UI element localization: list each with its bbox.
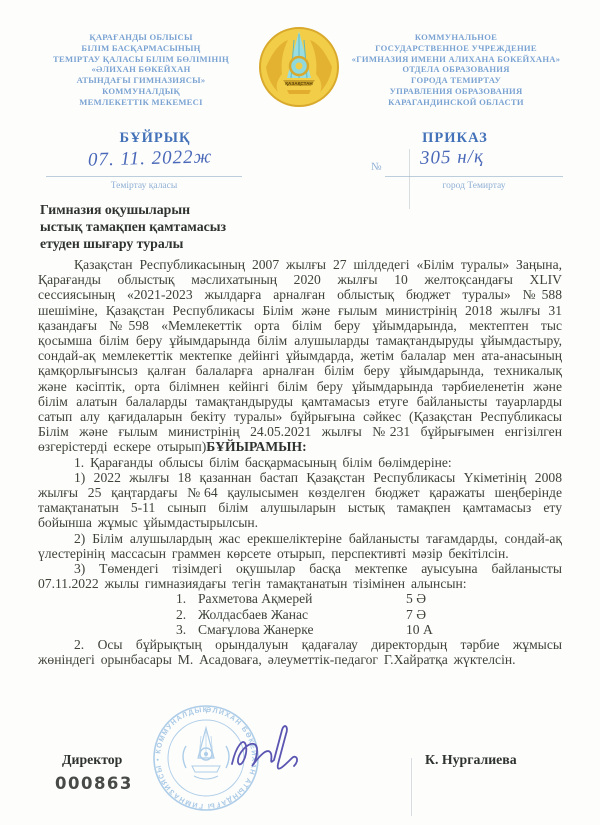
director-label: Директор	[62, 752, 122, 768]
order-title-kazakh: БҰЙРЫҚ	[40, 130, 270, 147]
letterhead-line: «ӘЛИХАН БӨКЕЙХАН	[28, 64, 254, 75]
kazakhstan-emblem-icon: ҚАЗАҚСТАН	[258, 26, 340, 108]
student-row: 1. Рахметова Ақмерей 5 Ә	[176, 591, 448, 606]
student-row: 3. Смағұлова Жанерке 10 А	[176, 622, 448, 637]
letterhead-line: ОТДЕЛА ОБРАЗОВАНИЯ	[336, 64, 576, 75]
subject-line: етуден шығару туралы	[40, 235, 360, 252]
preamble-paragraph: Қазақстан Республикасының 2007 жылғы 27 …	[38, 257, 562, 455]
order-title-russian: ПРИКАЗ	[340, 130, 570, 147]
letterhead-line: «ГИМНАЗИЯ ИМЕНИ АЛИХАНА БОКЕЙХАНА»	[336, 54, 576, 65]
letterhead-line: КОММУНАЛДЫҚ	[28, 86, 254, 97]
number-underline	[385, 176, 563, 177]
letterhead-line: УПРАВЛЕНИЯ ОБРАЗОВАНИЯ	[336, 86, 576, 97]
letterhead-line: АТЫНДАҒЫ ГИМНАЗИЯСЫ»	[28, 75, 254, 86]
student-name: Рахметова Ақмерей	[198, 591, 406, 606]
student-grade: 7 Ә	[406, 607, 448, 622]
letterhead-line: БІЛІМ БАСҚАРМАСЫНЫҢ	[28, 43, 254, 54]
handwritten-order-number: 305 н/қ	[420, 146, 484, 170]
student-grade: 5 Ә	[406, 591, 448, 606]
letterhead-russian: КОММУНАЛЬНОЕ ГОСУДАРСТВЕННОЕ УЧРЕЖДЕНИЕ …	[336, 32, 576, 108]
student-number: 1.	[176, 591, 198, 606]
letterhead-line: ТЕМІРТАУ ҚАЛАСЫ БІЛІМ БӨЛІМІНІҢ	[28, 54, 254, 65]
subject-line: Гимназия оқушыларын	[40, 201, 360, 218]
decree-word: БҰЙЫРАМЫН:	[206, 439, 306, 454]
date-underline	[46, 176, 242, 177]
signer-name: К. Нургалиева	[425, 752, 517, 768]
letterhead-line: КОММУНАЛЬНОЕ	[336, 32, 576, 43]
subject-line: ыстық тамақпен қамтамасыз	[40, 218, 360, 235]
order-item-2: 2. Осы бұйрықтың орындалуын қадағалау ди…	[38, 637, 562, 667]
letterhead-kazakh: ҚАРАҒАНДЫ ОБЛЫСЫ БІЛІМ БАСҚАРМАСЫНЫҢ ТЕМ…	[28, 32, 254, 108]
letterhead-line: ГОСУДАРСТВЕННОЕ УЧРЕЖДЕНИЕ	[336, 43, 576, 54]
order-body: Қазақстан Республикасының 2007 жылғы 27 …	[38, 257, 562, 667]
fold-crease	[409, 149, 410, 209]
place-label-russian: город Темиртау	[376, 181, 572, 191]
order-subitem-1: 1) 2022 жылғы 18 қазаннан бастап Қазақст…	[38, 470, 562, 531]
director-signature-icon	[228, 720, 306, 786]
preamble-text: Қазақстан Республикасының 2007 жылғы 27 …	[38, 257, 562, 454]
letterhead-line: КАРАГАНДИНСКОЙ ОБЛАСТИ	[336, 97, 576, 108]
order-subject: Гимназия оқушыларын ыстық тамақпен қамта…	[40, 201, 360, 252]
letterhead-line: ГОРОДА ТЕМИРТАУ	[336, 75, 576, 86]
place-label-kazakh: Теміртау қаласы	[46, 181, 242, 191]
student-row: 2. Жолдасбаев Жанас 7 Ә	[176, 607, 448, 622]
fold-crease	[411, 758, 412, 816]
student-name: Смағұлова Жанерке	[198, 622, 406, 637]
letterhead-line: ҚАРАҒАНДЫ ОБЛЫСЫ	[28, 32, 254, 43]
student-list: 1. Рахметова Ақмерей 5 Ә 2. Жолдасбаев Ж…	[176, 591, 448, 637]
student-name: Жолдасбаев Жанас	[198, 607, 406, 622]
student-grade: 10 А	[406, 622, 448, 637]
order-item-1: 1. Қарағанды облысы білім басқармасының …	[38, 455, 562, 470]
handwritten-date: 07. 11. 2022ж	[88, 146, 213, 171]
student-number: 3.	[176, 622, 198, 637]
number-sign-label: №	[371, 161, 382, 173]
order-subitem-2: 2) Білім алушылардың жас ерекшеліктеріне…	[38, 531, 562, 561]
student-number: 2.	[176, 607, 198, 622]
letterhead-line: МЕМЛЕКЕТТІК МЕКЕМЕСІ	[28, 97, 254, 108]
order-document-page: ҚАРАҒАНДЫ ОБЛЫСЫ БІЛІМ БАСҚАРМАСЫНЫҢ ТЕМ…	[0, 0, 600, 825]
emblem-banner-text: ҚАЗАҚСТАН	[285, 81, 313, 86]
document-registration-number: 000863	[55, 774, 133, 793]
order-subitem-3: 3) Төмендегі тізімдегі оқушылар басқа ме…	[38, 561, 562, 591]
